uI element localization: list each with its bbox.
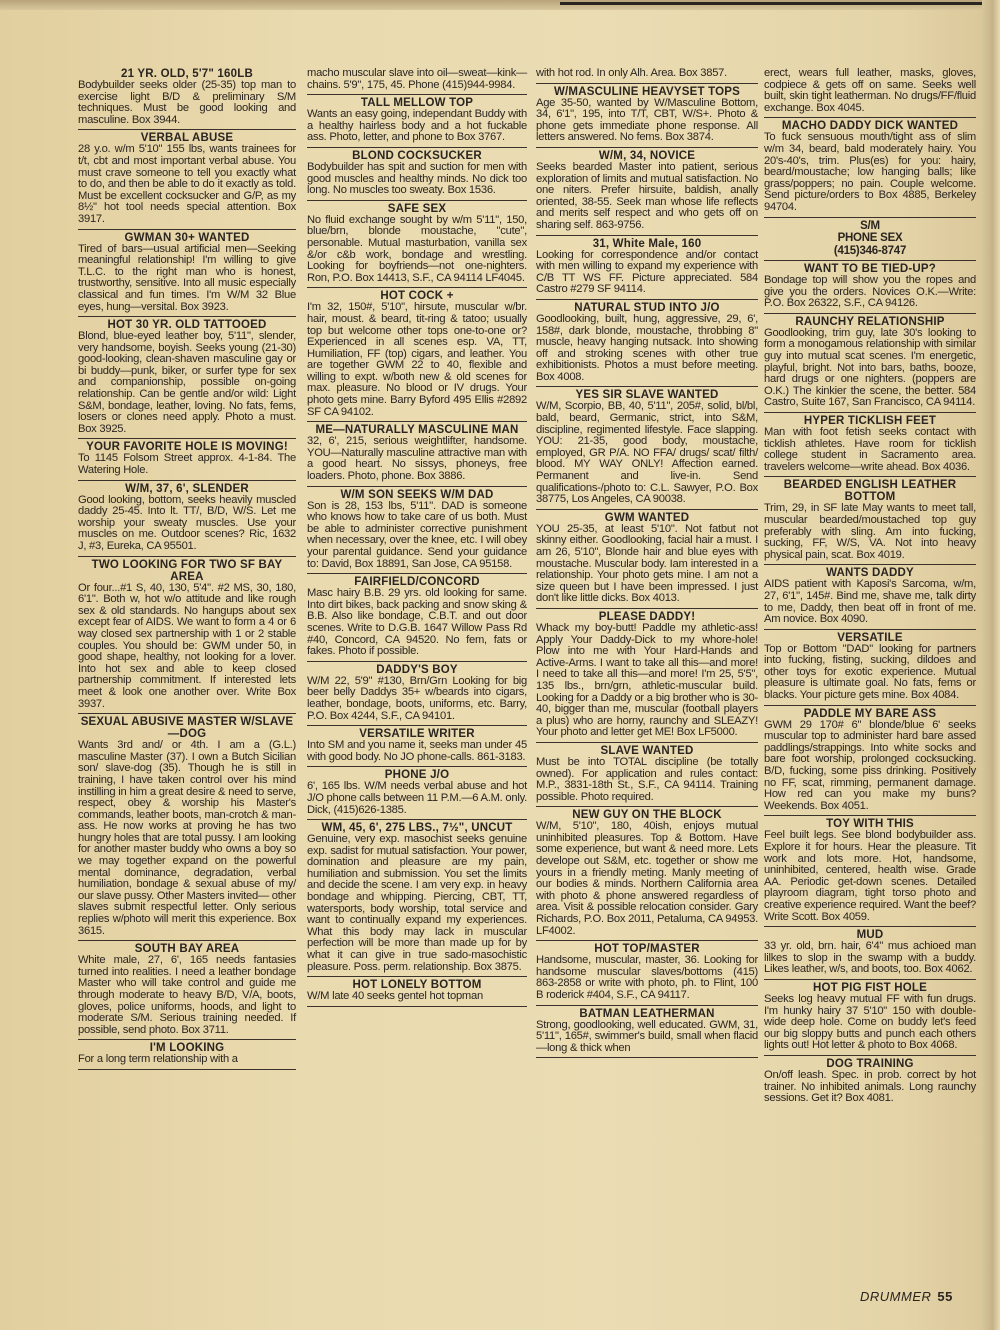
ad-body: Looking for correspondence and/or contac… <box>536 250 758 296</box>
classified-ad: I'M LOOKINGFor a long term relationship … <box>78 1039 296 1069</box>
classified-ad: TALL MELLOW TOPWants an easy going, inde… <box>307 94 527 147</box>
ad-body: YOU 25-35, at least 5'10". Not fatbut no… <box>536 524 758 605</box>
ad-body: 33 yr. old, brn. hair, 6'4" mus achioed … <box>764 941 976 976</box>
classified-ad: S/M PHONE SEX (415)346-8747 <box>764 217 976 261</box>
ad-body: AIDS patient with Kaposi's Sarcoma, w/m,… <box>764 579 976 625</box>
magazine-page: 21 YR. OLD, 5'7" 160LBBodybuilder seeks … <box>0 0 1000 1330</box>
ad-title: 31, White Male, 160 <box>536 238 758 250</box>
ad-body: Wants 3rd and/ or 4th. I am a (G.L.) mas… <box>78 740 296 937</box>
ad-title: GWMAN 30+ WANTED <box>78 232 296 244</box>
classified-ad: HOT PIG FIST HOLESeeks log heavy mutual … <box>764 979 976 1055</box>
classified-ad: 31, White Male, 160Looking for correspon… <box>536 235 758 299</box>
classified-ad: SOUTH BAY AREAWhite male, 27, 6', 165 ne… <box>78 940 296 1039</box>
page-top-edge <box>0 0 1000 10</box>
ad-body: W/M late 40 seeks gentel hot topman <box>307 991 527 1003</box>
classified-ad: DADDY'S BOYW/M 22, 5'9" #130, Brn/Grn Lo… <box>307 661 527 725</box>
ad-body: Seeks log heavy mutual FF with fun drugs… <box>764 994 976 1052</box>
ad-title: GWM WANTED <box>536 512 758 524</box>
ad-body: White male, 27, 6', 165 needs fantasies … <box>78 955 296 1036</box>
classified-ad: HYPER TICKLISH FEETMan with foot fetish … <box>764 412 976 476</box>
classified-ad: W/M SON SEEKS W/M DADSon is 28, 153 lbs,… <box>307 486 527 574</box>
ad-body: Bodybuilder has spit and suction for men… <box>307 162 527 197</box>
classified-ad: PADDLE MY BARE ASSGWM 29 170# 6" blonde/… <box>764 705 976 816</box>
ad-body: Bodybuilder seeks older (25-35) top man … <box>78 80 296 126</box>
classified-ad: VERSATILETop or Bottom "DAD" looking for… <box>764 629 976 705</box>
classified-ad: VERSATILE WRITERInto SM and you name it,… <box>307 725 527 766</box>
publication-name: DRUMMER <box>860 1289 931 1304</box>
ad-body: Strong, goodlooking, well educated. GWM,… <box>536 1020 758 1055</box>
classified-ad: GWM WANTEDYOU 25-35, at least 5'10". Not… <box>536 509 758 608</box>
classified-ad: VERBAL ABUSE28 y.o. w/m 5'10" 155 lbs, w… <box>78 129 296 228</box>
ad-body: W/M, Scorpio, BB, 40, 5'11", 205#, solid… <box>536 401 758 505</box>
page-number: 55 <box>937 1289 952 1304</box>
ad-body: To fuck sensuous mouth/tight ass of slim… <box>764 132 976 213</box>
ad-body: W/M 22, 5'9" #130, Brn/Grn Looking for b… <box>307 676 527 722</box>
ad-body: erect, wears full leather, masks, gloves… <box>764 68 976 114</box>
classified-ad: SLAVE WANTEDMust be into TOTAL disciplin… <box>536 742 758 806</box>
ad-body: W/M, 5'10", 180, 40ish, enjoys mutual un… <box>536 821 758 937</box>
classified-ad: RAUNCHY RELATIONSHIPGoodlooking, trim gu… <box>764 313 976 412</box>
column-2: macho muscular slave into oil—sweat—kink… <box>307 66 527 1007</box>
ad-body: No fluid exchange sought by w/m 5'11", 1… <box>307 215 527 285</box>
ad-body: Top or Bottom "DAD" looking for partners… <box>764 644 976 702</box>
classified-ad: HOT TOP/MASTERHandsome, muscular, master… <box>536 940 758 1004</box>
ad-body: Tired of bars—usual artificial men—Seeki… <box>78 244 296 314</box>
ad-body: Blond, blue-eyed leather boy, 5'11", sle… <box>78 331 296 435</box>
ad-body: Goodlooking, trim guy, late 30's looking… <box>764 328 976 409</box>
column-4: erect, wears full leather, masks, gloves… <box>764 66 976 1108</box>
ad-title: VERSATILE <box>764 632 976 644</box>
classified-ad: macho muscular slave into oil—sweat—kink… <box>307 66 527 94</box>
ad-title: BEARDED ENGLISH LEATHER BOTTOM <box>764 479 976 503</box>
page-footer: DRUMMER55 <box>860 1289 953 1304</box>
ad-body: Or four...#1 S, 40, 130, 5'4". #2 MS, 30… <box>78 583 296 711</box>
classified-ad: PLEASE DADDY!Whack my boy-butt! Paddle m… <box>536 608 758 742</box>
ad-title: TWO LOOKING FOR TWO SF BAY AREA <box>78 559 296 583</box>
ad-body: Trim, 29, in SF late May wants to meet t… <box>764 503 976 561</box>
ad-title: W/M, 37, 6', SLENDER <box>78 483 296 495</box>
classified-ad: NATURAL STUD INTO J/OGoodlooking, built,… <box>536 299 758 387</box>
ad-body: Whack my boy-butt! Paddle my athletic-as… <box>536 623 758 739</box>
ad-body: Good looking, bottom, seeks heavily musc… <box>78 495 296 553</box>
ad-body: On/off leash. Spec. in prob. correct by … <box>764 1070 976 1105</box>
classified-ad: BLOND COCKSUCKERBodybuilder has spit and… <box>307 147 527 200</box>
classified-ad: GWMAN 30+ WANTEDTired of bars—usual arti… <box>78 229 296 317</box>
classified-ad: DOG TRAININGOn/off leash. Spec. in prob.… <box>764 1055 976 1108</box>
ad-body: Son is 28, 153 lbs, 5'11". DAD is someon… <box>307 501 527 571</box>
classified-ad: NEW GUY ON THE BLOCKW/M, 5'10", 180, 40i… <box>536 806 758 940</box>
classified-ad: MUD33 yr. old, brn. hair, 6'4" mus achio… <box>764 926 976 979</box>
ad-title: RAUNCHY RELATIONSHIP <box>764 316 976 328</box>
ad-body: Feel built legs. See blond bodybuilder a… <box>764 830 976 923</box>
ad-body: S/M PHONE SEX (415)346-8747 <box>764 220 976 258</box>
ad-body: For a long term relationship with a <box>78 1054 296 1066</box>
ad-body: Bondage top will show you the ropes and … <box>764 275 976 310</box>
page-right-edge <box>982 0 1000 1330</box>
ad-body: 28 y.o. w/m 5'10" 155 lbs, wants trainee… <box>78 144 296 225</box>
classified-ad: BATMAN LEATHERMANStrong, goodlooking, we… <box>536 1005 758 1058</box>
classified-ad: TWO LOOKING FOR TWO SF BAY AREAOr four..… <box>78 556 296 714</box>
classified-ad: W/MASCULINE HEAVYSET TOPSAge 35-50, want… <box>536 83 758 147</box>
classified-ad: FAIRFIELD/CONCORDMasc hairy B.B. 29 yrs.… <box>307 573 527 661</box>
ad-body: Man with foot fetish seeks contact with … <box>764 427 976 473</box>
ad-body: Goodlooking, built, hung, aggressive, 29… <box>536 314 758 384</box>
classified-ad: HOT 30 YR. OLD TATTOOEDBlond, blue-eyed … <box>78 316 296 438</box>
ad-body: GWM 29 170# 6" blonde/blue 6' seeks musc… <box>764 720 976 813</box>
ad-body: with hot rod. In only Alh. Area. Box 385… <box>536 68 758 80</box>
classified-ad: WANT TO BE TIED-UP?Bondage top will show… <box>764 260 976 313</box>
classified-ad: HOT LONELY BOTTOMW/M late 40 seeks gente… <box>307 976 527 1006</box>
ad-body: Seeks bearded Master into patient, serio… <box>536 162 758 232</box>
classified-ad: 21 YR. OLD, 5'7" 160LBBodybuilder seeks … <box>78 66 296 129</box>
classified-ad: MACHO DADDY DICK WANTEDTo fuck sensuous … <box>764 117 976 216</box>
ad-title: BATMAN LEATHERMAN <box>536 1008 758 1020</box>
ad-title: W/MASCULINE HEAVYSET TOPS <box>536 86 758 98</box>
classified-ad: W/M, 34, NOVICESeeks bearded Master into… <box>536 147 758 235</box>
ad-title: PADDLE MY BARE ASS <box>764 708 976 720</box>
ad-body: macho muscular slave into oil—sweat—kink… <box>307 68 527 91</box>
classified-ad: BEARDED ENGLISH LEATHER BOTTOMTrim, 29, … <box>764 476 976 564</box>
ad-body: Handsome, muscular, master, 36. Looking … <box>536 955 758 1001</box>
ad-title: DADDY'S BOY <box>307 664 527 676</box>
ad-body: Wants an easy going, independant Buddy w… <box>307 109 527 144</box>
ad-body: Genuine, very exp. masochist seeks genui… <box>307 834 527 973</box>
column-3: with hot rod. In only Alh. Area. Box 385… <box>536 66 758 1058</box>
ad-body: Must be into TOTAL discipline (be totall… <box>536 757 758 803</box>
ad-body: Masc hairy B.B. 29 yrs. old looking for … <box>307 588 527 658</box>
classified-ad: HOT COCK +I'm 32, 150#, 5'10", hirsute, … <box>307 287 527 421</box>
ad-body: Age 35-50, wanted by W/Masculine Bottom,… <box>536 98 758 144</box>
classified-ad: PHONE J/O6', 165 lbs. W/M needs verbal a… <box>307 766 527 819</box>
classified-ad: WM, 45, 6', 275 LBS., 7½", UNCUTGenuine,… <box>307 819 527 976</box>
classified-ad: with hot rod. In only Alh. Area. Box 385… <box>536 66 758 83</box>
ad-title: SEXUAL ABUSIVE MASTER W/SLAVE—DOG <box>78 716 296 740</box>
ad-body: To 1145 Folsom Street approx. 4-1-84. Th… <box>78 453 296 476</box>
ad-body: 6', 165 lbs. W/M needs verbal abuse and … <box>307 781 527 816</box>
ad-title: W/M SON SEEKS W/M DAD <box>307 489 527 501</box>
classified-ad: W/M, 37, 6', SLENDERGood looking, bottom… <box>78 480 296 556</box>
classified-ad: TOY WITH THISFeel built legs. See blond … <box>764 815 976 926</box>
column-1: 21 YR. OLD, 5'7" 160LBBodybuilder seeks … <box>78 66 296 1070</box>
classified-ad: YOUR FAVORITE HOLE IS MOVING!To 1145 Fol… <box>78 438 296 479</box>
classified-ad: ME—NATURALLY MASCULINE MAN32, 6', 215, s… <box>307 421 527 485</box>
ad-body: Into SM and you name it, seeks man under… <box>307 740 527 763</box>
classified-ad: WANTS DADDYAIDS patient with Kaposi's Sa… <box>764 564 976 628</box>
ad-body: I'm 32, 150#, 5'10", hirsute, muscular w… <box>307 302 527 418</box>
classified-ad: YES SIR SLAVE WANTEDW/M, Scorpio, BB, 40… <box>536 386 758 508</box>
ad-title: SAFE SEX <box>307 203 527 215</box>
ad-body: 32, 6', 215, serious weightlifter, hands… <box>307 436 527 482</box>
classified-ad: SEXUAL ABUSIVE MASTER W/SLAVE—DOGWants 3… <box>78 713 296 940</box>
classified-ad: erect, wears full leather, masks, gloves… <box>764 66 976 117</box>
classified-ad: SAFE SEXNo fluid exchange sought by w/m … <box>307 200 527 288</box>
